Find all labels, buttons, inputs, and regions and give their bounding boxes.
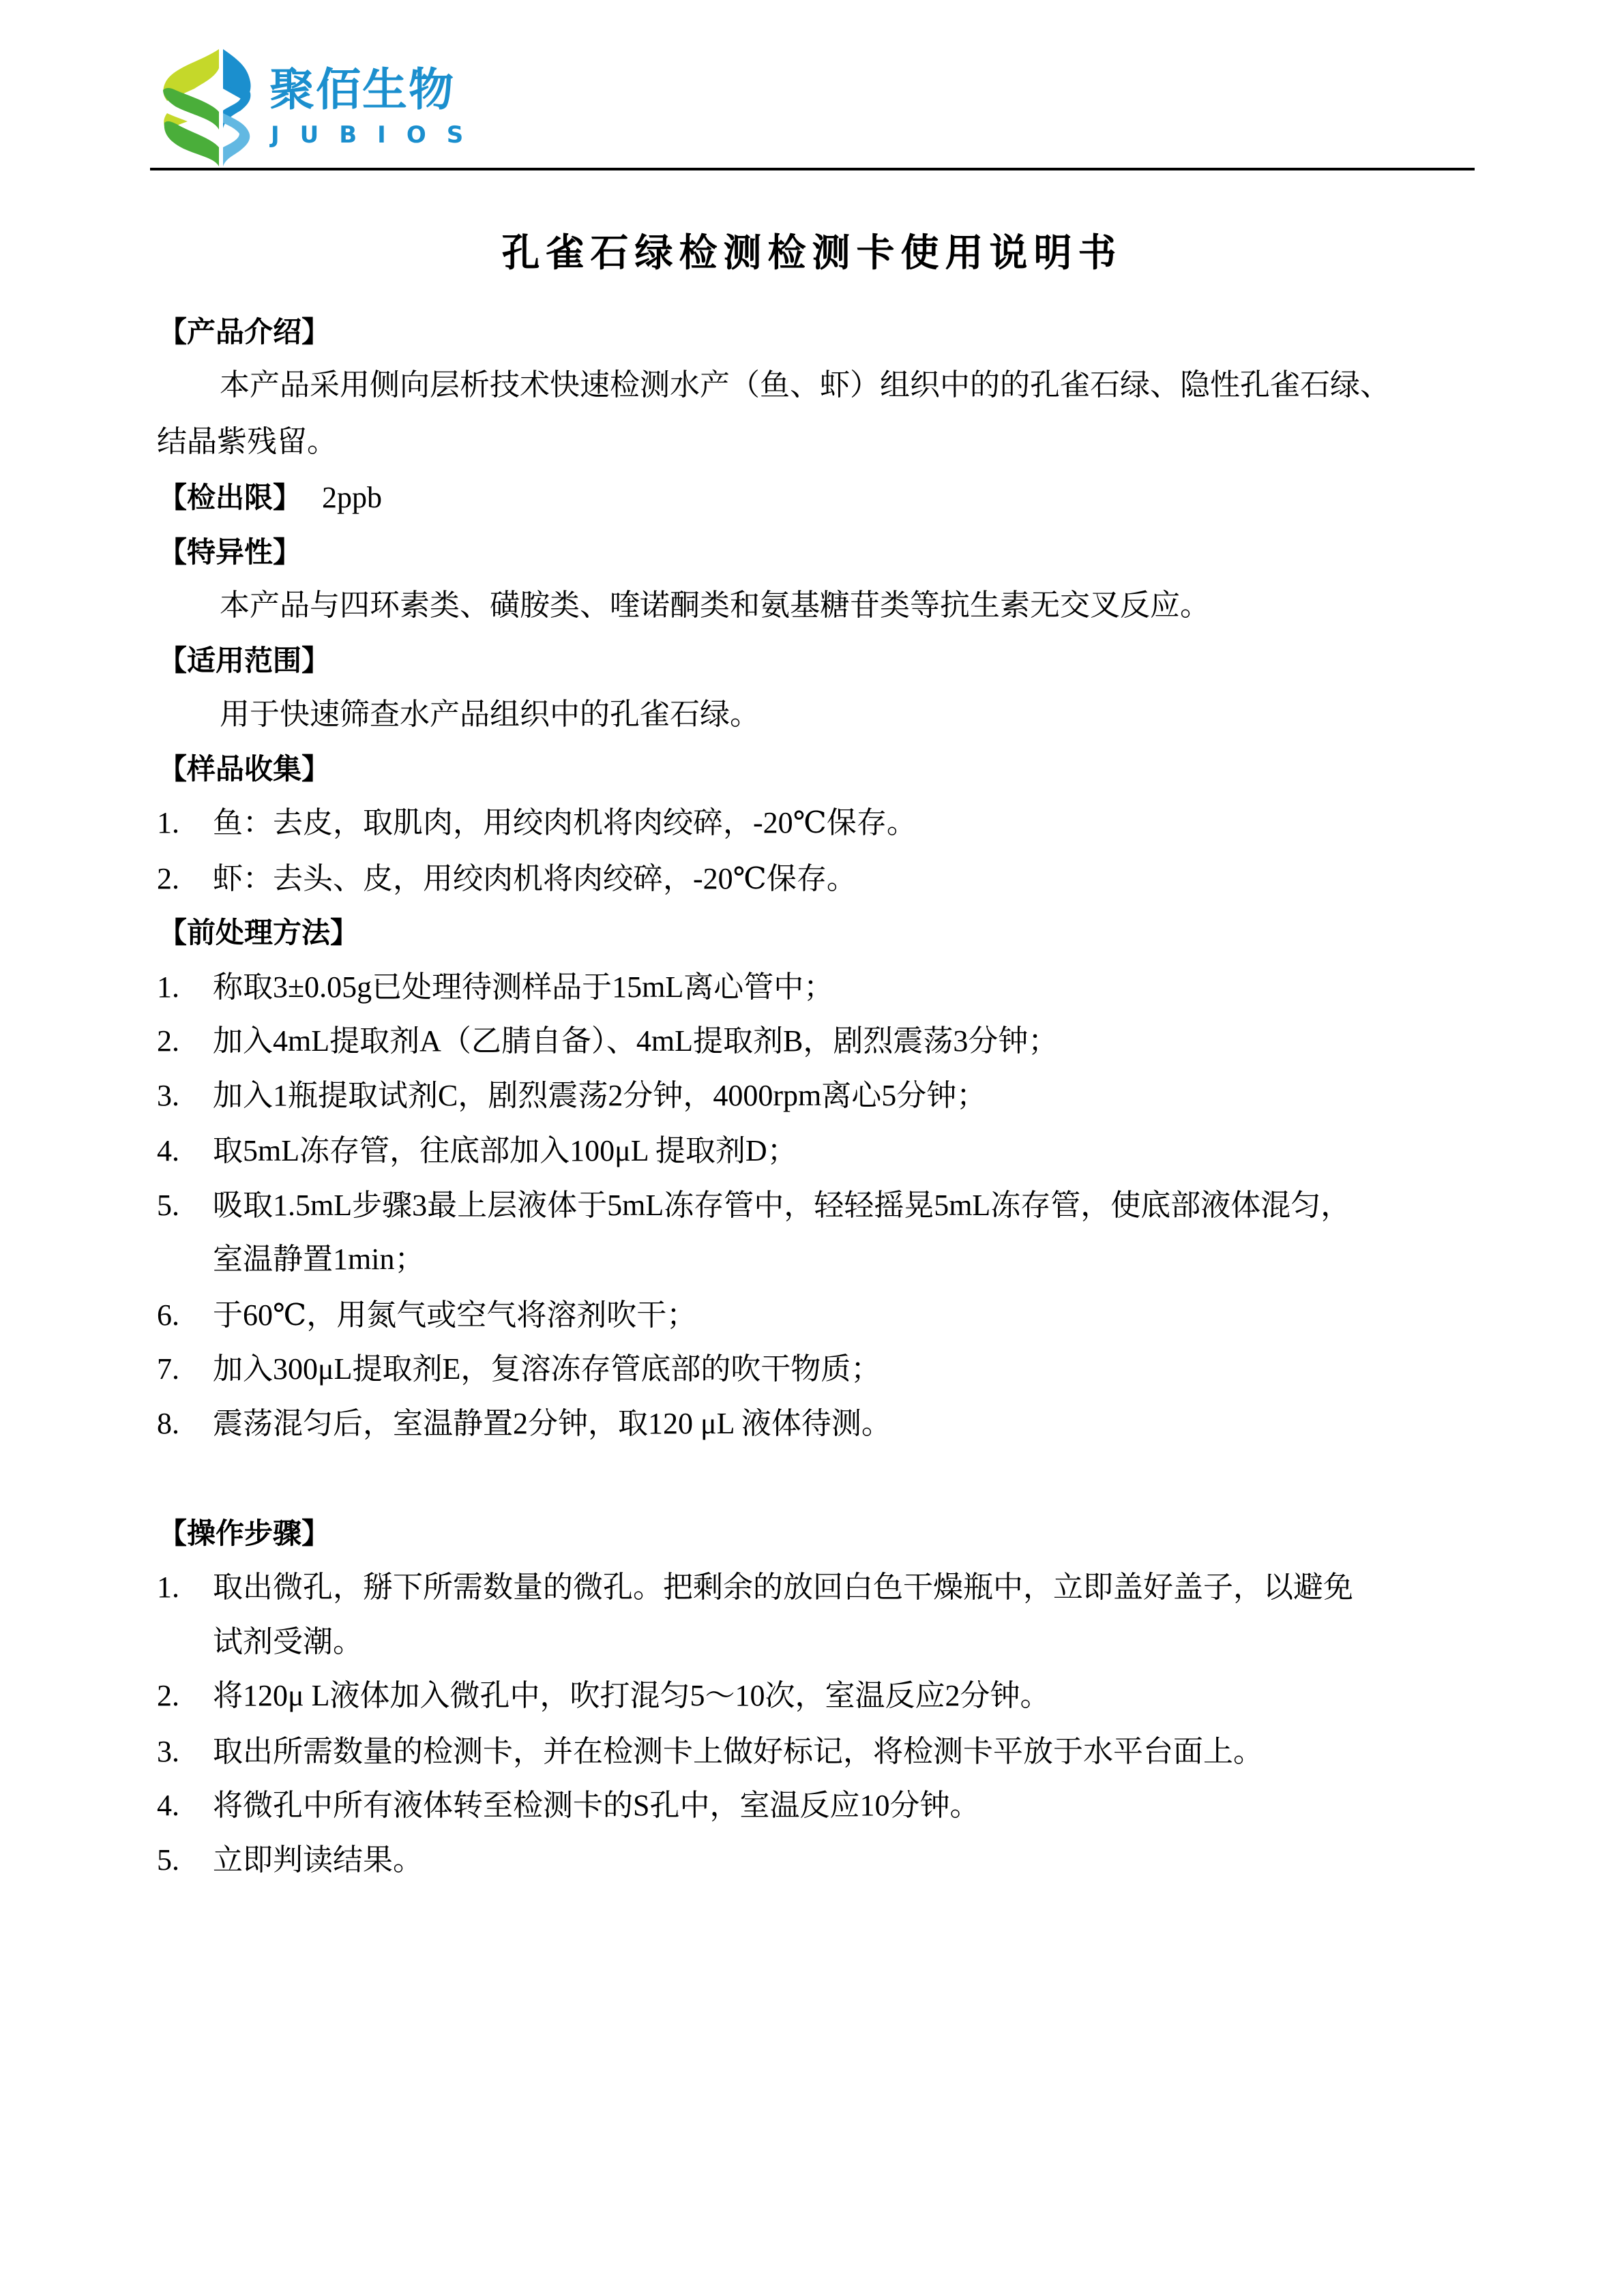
list-text: 将微孔中所有液体转至检测卡的S孔中，室温反应10分钟。	[213, 1778, 979, 1833]
list-number: 2.	[157, 852, 211, 906]
list-number: 7.	[157, 1342, 211, 1397]
section-heading-specificity: 【特异性】	[158, 525, 1475, 580]
list-text: 称取3±0.05g已处理待测样品于15mL离心管中；	[213, 960, 833, 1015]
list-item: 1. 取出微孔，掰下所需数量的微孔。把剩余的放回白色干燥瓶中，立即盖好盖子，以避…	[157, 1560, 1473, 1615]
list-number: 1.	[157, 960, 211, 1015]
list-text: 立即判读结果。	[213, 1833, 423, 1888]
list-text: 吸取1.5mL步骤3最上层液体于5mL冻存管中，轻轻摇晃5mL冻存管，使底部液体…	[213, 1178, 1350, 1233]
list-text: 加入4mL提取剂A（乙腈自备）、4mL提取剂B，剧烈震荡3分钟；	[213, 1014, 1058, 1069]
company-logo: 聚佰生物 JUBIOS	[160, 48, 474, 167]
list-item: 5. 立即判读结果。	[157, 1833, 1473, 1888]
header-divider	[150, 168, 1475, 170]
list-text: 于60℃，用氮气或空气将溶剂吹干；	[213, 1288, 696, 1343]
list-item: 1. 鱼：去皮，取肌肉，用绞肉机将肉绞碎，-20℃保存。	[157, 796, 1473, 850]
list-number: 5.	[157, 1833, 211, 1888]
list-item: 5. 吸取1.5mL步骤3最上层液体于5mL冻存管中，轻轻摇晃5mL冻存管，使底…	[157, 1178, 1473, 1233]
dna-helix-logo-icon	[160, 48, 252, 167]
list-item: 8. 震荡混匀后，室温静置2分钟，取120 μL 液体待测。	[157, 1397, 1473, 1451]
list-item: 2. 将120μ L液体加入微孔中，吹打混匀5～10次，室温反应2分钟。	[157, 1669, 1473, 1723]
lod-label: 【检出限】	[158, 481, 301, 514]
list-number: 4.	[157, 1124, 211, 1178]
list-item: 4. 将微孔中所有液体转至检测卡的S孔中，室温反应10分钟。	[157, 1778, 1473, 1833]
list-text: 取出微孔，掰下所需数量的微孔。把剩余的放回白色干燥瓶中，立即盖好盖子，以避免	[213, 1560, 1353, 1615]
list-text: 取出所需数量的检测卡，并在检测卡上做好标记，将检测卡平放于水平台面上。	[213, 1725, 1263, 1779]
section-heading-intro: 【产品介绍】	[158, 305, 1475, 359]
brand-name-english: JUBIOS	[271, 123, 484, 147]
list-number: 2.	[157, 1014, 211, 1069]
document-title: 孔雀石绿检测检测卡使用说明书	[0, 226, 1624, 281]
section-heading-lod: 【检出限】2ppb	[158, 471, 1475, 525]
list-text: 取5mL冻存管，往底部加入100μL 提取剂D；	[213, 1124, 797, 1178]
intro-paragraph-line-1: 本产品采用侧向层析技术快速检测水产（鱼、虾）组织中的的孔雀石绿、隐性孔雀石绿、	[220, 358, 1536, 413]
list-item: 1. 称取3±0.05g已处理待测样品于15mL离心管中；	[157, 960, 1473, 1015]
list-text: 震荡混匀后，室温静置2分钟，取120 μL 液体待测。	[213, 1397, 891, 1451]
list-item-continuation: 室温静置1min；	[213, 1232, 1529, 1287]
brand-name-chinese: 聚佰生物	[269, 65, 455, 115]
list-text: 加入1瓶提取试剂C，剧烈震荡2分钟，4000rpm离心5分钟；	[213, 1069, 986, 1123]
list-text: 将120μ L液体加入微孔中，吹打混匀5～10次，室温反应2分钟。	[213, 1669, 1050, 1723]
lod-value: 2ppb	[322, 481, 382, 514]
list-number: 1.	[157, 796, 211, 850]
list-number: 3.	[157, 1725, 211, 1779]
section-heading-sample-collection: 【样品收集】	[158, 742, 1475, 796]
list-number: 4.	[157, 1778, 211, 1833]
section-heading-scope: 【适用范围】	[158, 633, 1475, 688]
scope-text: 用于快速筛查水产品组织中的孔雀石绿。	[220, 687, 1536, 742]
list-item-continuation: 试剂受潮。	[213, 1615, 1529, 1669]
list-text: 鱼：去皮，取肌肉，用绞肉机将肉绞碎，-20℃保存。	[213, 796, 917, 850]
list-number: 6.	[157, 1288, 211, 1343]
list-item: 2. 加入4mL提取剂A（乙腈自备）、4mL提取剂B，剧烈震荡3分钟；	[157, 1014, 1473, 1069]
list-number: 5.	[157, 1178, 211, 1233]
list-item: 3. 取出所需数量的检测卡，并在检测卡上做好标记，将检测卡平放于水平台面上。	[157, 1725, 1473, 1779]
section-heading-operation: 【操作步骤】	[158, 1506, 1475, 1561]
list-item: 2. 虾：去头、皮，用绞肉机将肉绞碎，-20℃保存。	[157, 852, 1473, 906]
list-item: 7. 加入300μL提取剂E，复溶冻存管底部的吹干物质；	[157, 1342, 1473, 1397]
list-number: 2.	[157, 1669, 211, 1723]
list-number: 1.	[157, 1560, 211, 1615]
list-text: 加入300μL提取剂E，复溶冻存管底部的吹干物质；	[213, 1342, 881, 1397]
list-item: 4. 取5mL冻存管，往底部加入100μL 提取剂D；	[157, 1124, 1473, 1178]
specificity-text: 本产品与四环素类、磺胺类、喹诺酮类和氨基糖苷类等抗生素无交叉反应。	[220, 578, 1536, 633]
section-heading-pretreatment: 【前处理方法】	[158, 906, 1475, 960]
list-number: 8.	[157, 1397, 211, 1451]
list-item: 3. 加入1瓶提取试剂C，剧烈震荡2分钟，4000rpm离心5分钟；	[157, 1069, 1473, 1123]
list-item: 6. 于60℃，用氮气或空气将溶剂吹干；	[157, 1288, 1473, 1343]
list-number: 3.	[157, 1069, 211, 1123]
intro-paragraph-line-2: 结晶紫残留。	[157, 415, 1473, 469]
list-text: 虾：去头、皮，用绞肉机将肉绞碎，-20℃保存。	[213, 852, 857, 906]
